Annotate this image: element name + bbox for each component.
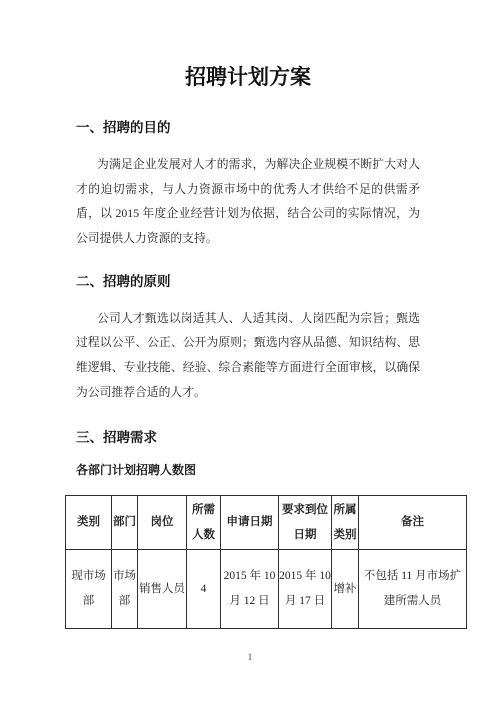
header-cell-category: 类别	[66, 496, 112, 550]
header-cell-type: 所属类别	[332, 496, 359, 550]
paragraph-principles: 公司人才甄选以岗适其人、人适其岗、人岗匹配为宗旨；甄选过程以公平、公正、公开为原…	[76, 306, 420, 405]
cell-remarks: 不包括 11 月市场扩建所需人员	[359, 550, 467, 629]
header-cell-remarks: 备注	[359, 496, 467, 550]
section-requirements: 三、招聘需求	[76, 428, 420, 447]
heading-requirements: 三、招聘需求	[76, 428, 420, 447]
heading-purpose: 一、招聘的目的	[76, 118, 420, 137]
header-cell-position: 岗位	[138, 496, 187, 550]
header-cell-required-date: 要求到位日期	[279, 496, 332, 550]
cell-category: 现市场部	[66, 550, 112, 629]
section-principles: 二、招聘的原则 公司人才甄选以岗适其人、人适其岗、人岗匹配为宗旨；甄选过程以公平…	[76, 272, 420, 405]
section-purpose: 一、招聘的目的 为满足企业发展对人才的需求，为解决企业规模不断扩大对人才的迫切需…	[76, 118, 420, 251]
heading-principles: 二、招聘的原则	[76, 272, 420, 291]
table-row: 现市场部 市场部 销售人员 4 2015 年 10 月 12 日 2015 年 …	[66, 550, 467, 629]
cell-required-date: 2015 年 10 月 17 日	[279, 550, 332, 629]
table-header-row: 类别 部门 岗位 所需人数 申请日期 要求到位日期 所属类别 备注	[66, 496, 467, 550]
doc-title: 招聘计划方案	[76, 62, 420, 94]
cell-apply-date: 2015 年 10 月 12 日	[221, 550, 279, 629]
header-cell-headcount: 所需人数	[187, 496, 221, 550]
table-caption: 各部门计划招聘人数图	[76, 461, 420, 479]
recruitment-table: 类别 部门 岗位 所需人数 申请日期 要求到位日期 所属类别 备注 现市场部 市…	[65, 495, 467, 629]
paragraph-purpose: 为满足企业发展对人才的需求，为解决企业规模不断扩大对人才的迫切需求，与人力资源市…	[76, 152, 420, 251]
cell-department: 市场部	[112, 550, 138, 629]
page-number: 1	[0, 652, 500, 662]
cell-headcount: 4	[187, 550, 221, 629]
cell-type: 增补	[332, 550, 359, 629]
cell-position: 销售人员	[138, 550, 187, 629]
header-cell-department: 部门	[112, 496, 138, 550]
header-cell-apply-date: 申请日期	[221, 496, 279, 550]
document-page: 招聘计划方案 一、招聘的目的 为满足企业发展对人才的需求，为解决企业规模不断扩大…	[0, 0, 500, 707]
